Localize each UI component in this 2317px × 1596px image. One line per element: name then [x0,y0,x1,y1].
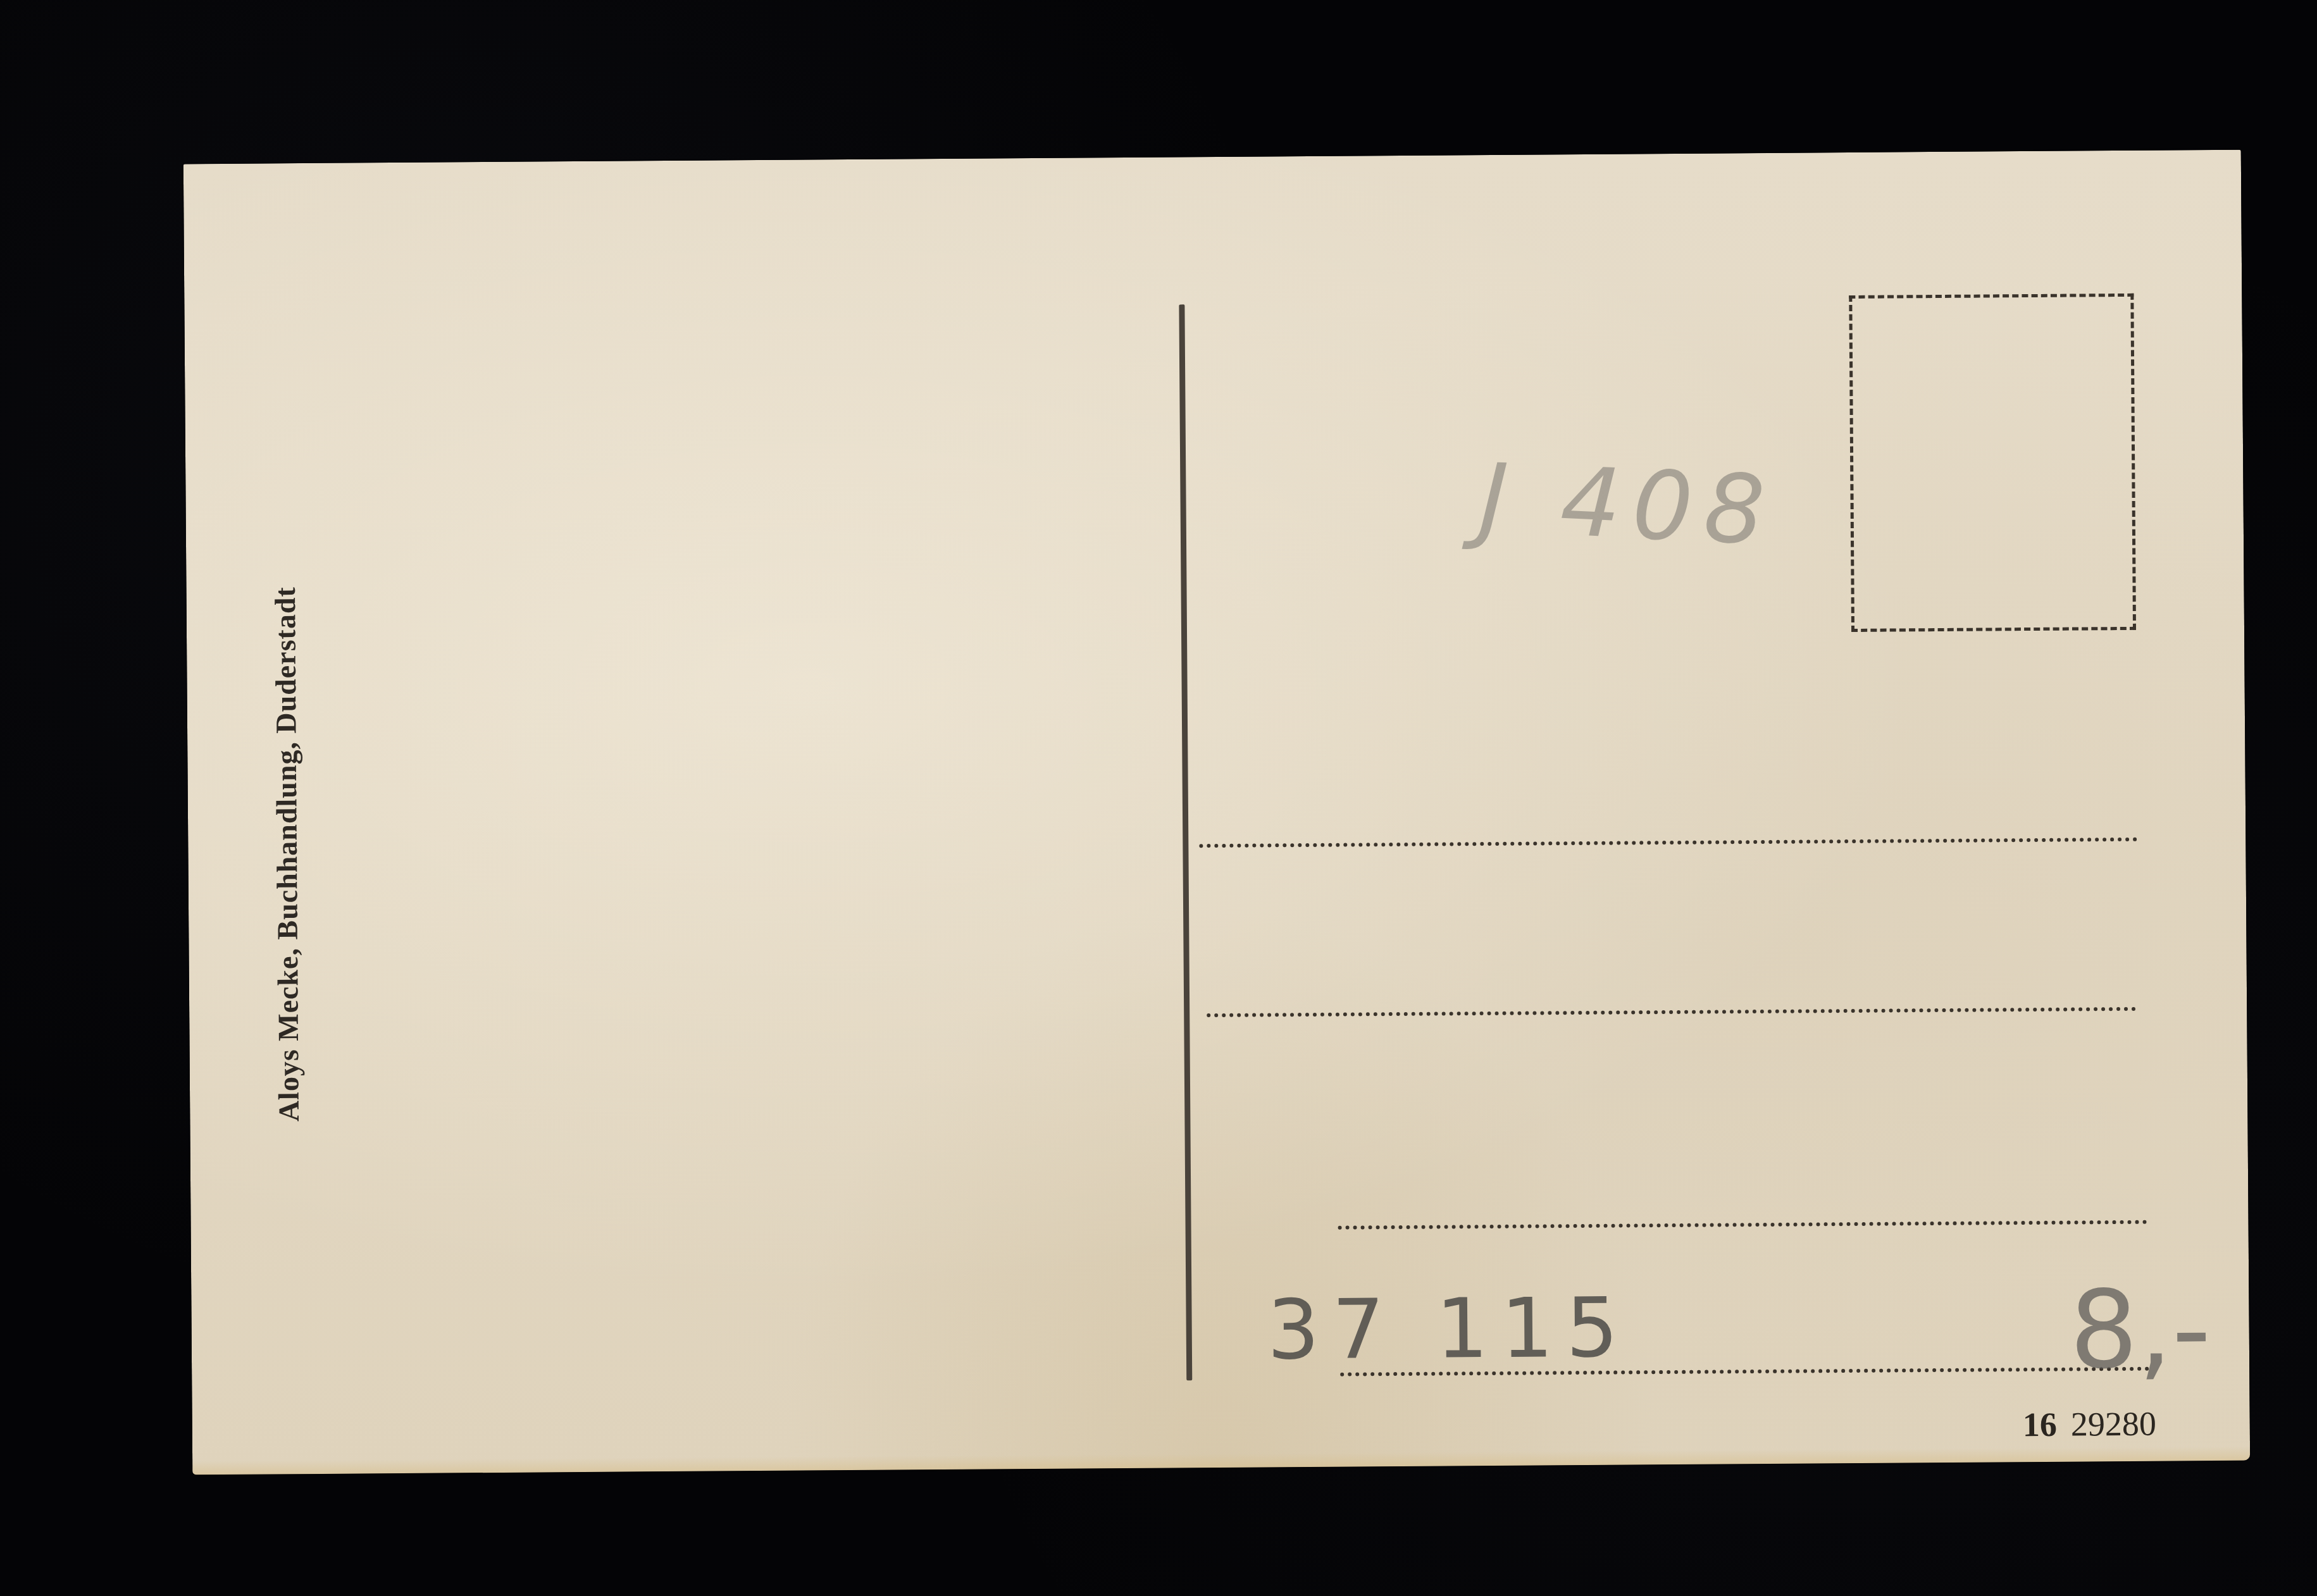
print-code: 1629280 [2023,1404,2156,1444]
pencil-note-number: 37 115 [1267,1286,1631,1371]
address-line-1 [1199,838,2137,848]
message-address-divider [1179,304,1192,1380]
print-number: 29280 [2071,1405,2156,1444]
stamp-box [1849,294,2136,632]
postcard-back: Aloys Mecke, Buchhandlung, Duderstadt J … [183,150,2250,1475]
pencil-price-mark: 8,- [2069,1276,2211,1385]
publisher-imprint-text: Aloys Mecke, Buchhandlung, Duderstadt [268,586,306,1122]
address-line-3 [1338,1220,2147,1230]
pencil-note-top: J 408 [1477,451,1778,559]
address-line-2 [1207,1007,2136,1017]
print-series: 16 [2023,1406,2057,1444]
